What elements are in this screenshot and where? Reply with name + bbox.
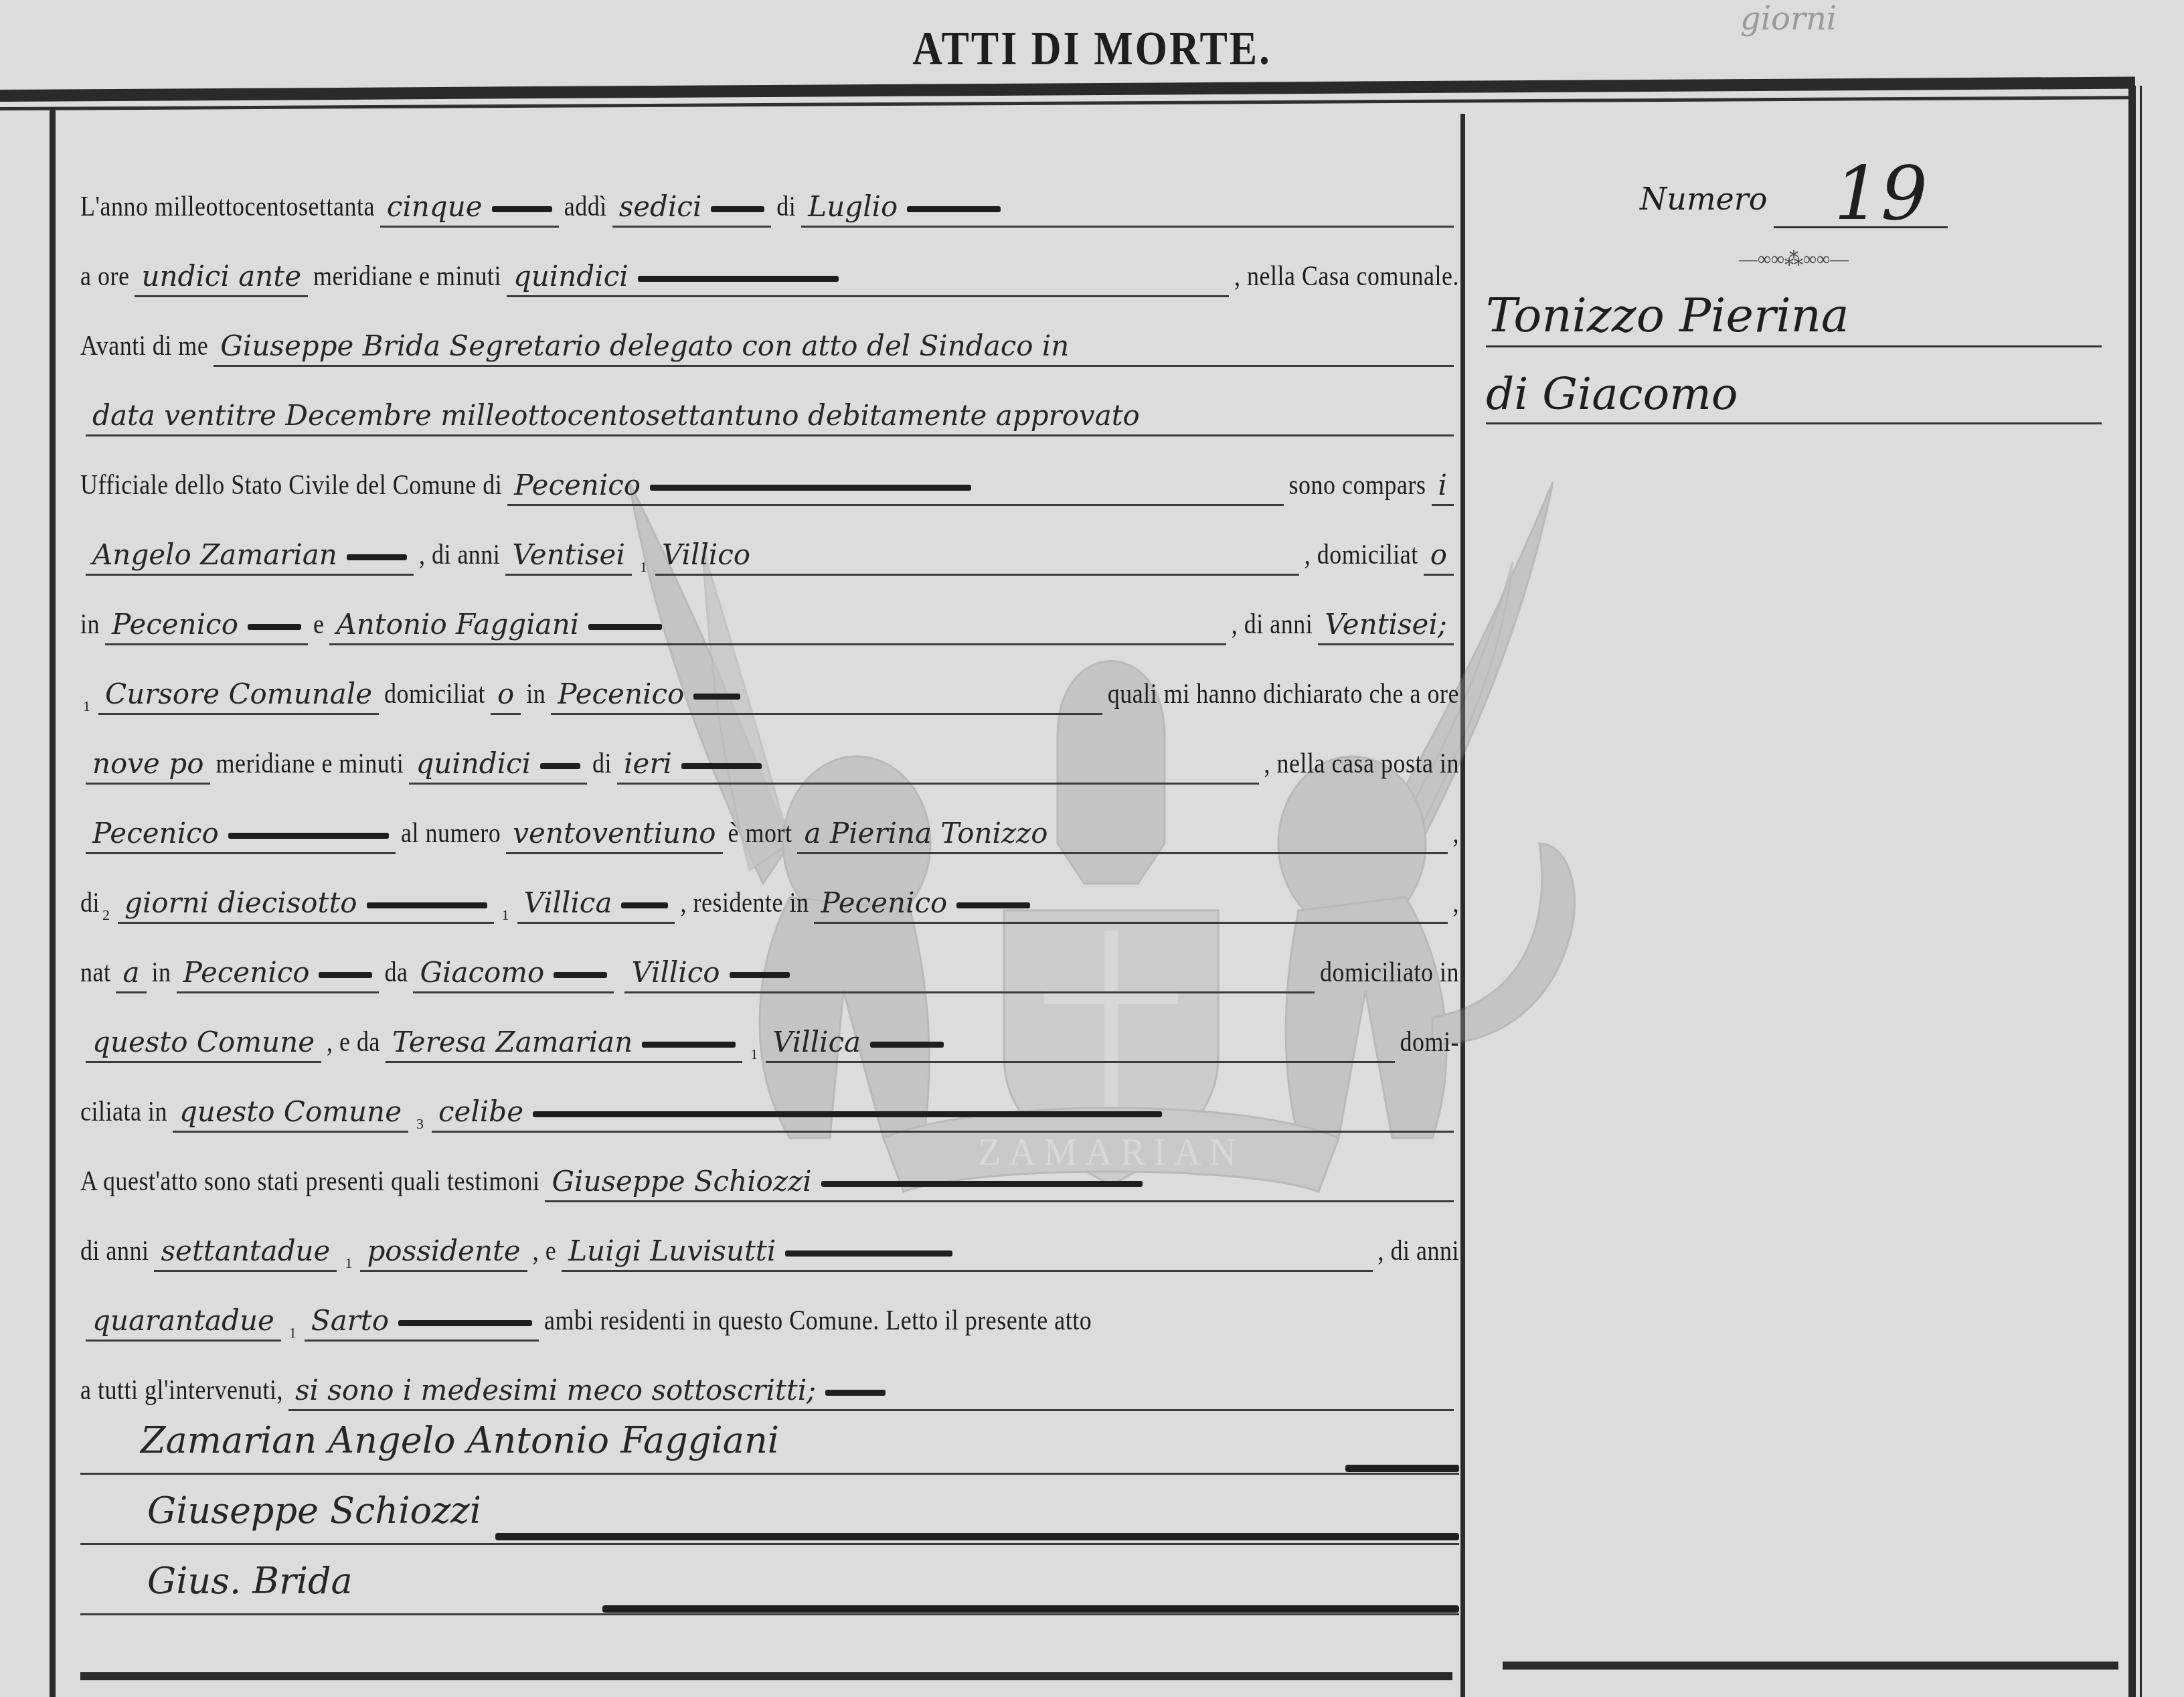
signature-line-3 <box>80 1613 1459 1615</box>
form-line: questo Comune, e daTeresa Zamarian1Villi… <box>80 996 1459 1063</box>
handwritten-entry: Teresa Zamarian <box>386 1026 742 1063</box>
printed-text: di <box>80 885 100 924</box>
printed-text: di <box>776 189 796 228</box>
handwritten-entry: quindici <box>507 260 1229 297</box>
handwritten-text: Pecenico <box>92 817 219 850</box>
handwritten-entry: i <box>1432 469 1454 506</box>
signature-schiozzi: Giuseppe Schiozzi <box>147 1489 481 1532</box>
printed-text: Ufficiale dello Stato Civile del Comune … <box>80 467 502 506</box>
handwritten-entry: undici ante <box>135 260 308 297</box>
form-line: L'anno milleottocentosettantacinqueaddìs… <box>80 161 1459 228</box>
handwritten-text: Villico <box>662 538 750 571</box>
footnote-marker: 2 <box>102 906 110 924</box>
ink-filler-dash <box>228 833 389 839</box>
ink-filler-dash <box>621 902 668 908</box>
ornament-divider-icon: —∞∞⁂∞∞— <box>1687 248 1901 270</box>
form-line: di annisettantadue1possidente, eLuigi Lu… <box>80 1205 1459 1272</box>
printed-text: , domiciliat <box>1305 537 1418 576</box>
handwritten-text: questo Comune <box>179 1095 402 1128</box>
ink-filler-dash <box>693 694 740 700</box>
ink-filler-dash <box>319 972 372 978</box>
handwritten-entry: si sono i medesimi meco sottoscritti; <box>288 1374 1454 1411</box>
handwritten-text: ieri <box>624 747 672 780</box>
handwritten-text: Antonio Faggiani <box>336 608 579 641</box>
footnote-marker: 1 <box>502 906 509 924</box>
handwritten-text: si sono i medesimi meco sottoscritti; <box>295 1374 816 1406</box>
ink-filler-dash <box>398 1320 532 1326</box>
handwritten-text: quindici <box>513 260 628 293</box>
handwritten-entry: quarantadue <box>86 1304 281 1342</box>
form-line: a oreundici antemeridiane e minutiquindi… <box>80 230 1459 297</box>
handwritten-entry: Villico <box>655 538 1299 576</box>
printed-text: è mort <box>728 815 792 854</box>
printed-text: e <box>313 607 324 645</box>
printed-text: meridiane e minuti <box>313 258 501 297</box>
printed-text: L'anno milleottocentosettanta <box>80 189 375 228</box>
handwritten-text: possidente <box>367 1234 520 1267</box>
footnote-marker: 1 <box>289 1324 297 1342</box>
handwritten-text: Giacomo <box>420 956 544 989</box>
form-line: Avanti di meGiuseppe Brida Segretario de… <box>80 300 1459 367</box>
printed-text: in <box>152 955 171 993</box>
printed-text: domi- <box>1400 1024 1460 1063</box>
form-line: nove pomeridiane e minutiquindicidiieri,… <box>80 718 1459 785</box>
handwritten-entry: o <box>491 677 521 715</box>
handwritten-text: i <box>1438 469 1447 501</box>
handwritten-text: Pecenico <box>112 608 238 641</box>
handwritten-text: sedici <box>619 190 702 223</box>
ink-filler-dash <box>825 1390 886 1396</box>
signature-line-1 <box>80 1473 1459 1475</box>
handwritten-entry: Pecenico <box>814 886 1447 924</box>
printed-text: , nella Casa comunale. <box>1234 258 1459 297</box>
printed-text: , nella casa posta in <box>1264 746 1459 785</box>
page-title: ATTI DI MORTE. <box>0 22 2184 77</box>
handwritten-entry: Pecenico <box>105 608 308 645</box>
form-line: 1Cursore ComunaledomiciliatoinPecenicoqu… <box>80 648 1459 715</box>
handwritten-text: celibe <box>438 1095 523 1128</box>
handwritten-entry: possidente <box>360 1234 527 1272</box>
handwritten-text: a Pierina Tonizzo <box>804 817 1047 850</box>
printed-text: sono compars <box>1289 467 1426 506</box>
form-line: a tutti gl'intervenuti,si sono i medesim… <box>80 1344 1459 1411</box>
margin-end-rule <box>1503 1662 2118 1670</box>
signature-line-2 <box>80 1543 1459 1545</box>
printed-text: ambi residenti in questo Comune. Letto i… <box>544 1303 1092 1342</box>
handwritten-text: Giuseppe Schiozzi <box>552 1165 811 1198</box>
right-border <box>2128 86 2136 1697</box>
handwritten-text: cinque <box>387 190 483 223</box>
footnote-marker: 1 <box>750 1046 758 1063</box>
form-line: quarantadue1Sartoambi residenti in quest… <box>80 1275 1459 1342</box>
ink-filler-dash <box>540 763 580 769</box>
printed-text: , <box>1453 885 1460 924</box>
printed-text: addì <box>564 189 607 228</box>
act-number: 19 <box>1834 151 1928 236</box>
ink-filler-dash <box>711 206 764 212</box>
ink-filler-dash <box>638 276 839 282</box>
form-line: di2giorni diecisotto1Villica, residente … <box>80 857 1459 924</box>
act-end-rule <box>80 1672 1452 1680</box>
deceased-name: Tonizzo Pierina <box>1486 288 2102 347</box>
handwritten-entry: a Pierina Tonizzo <box>797 817 1447 854</box>
ink-filler-dash <box>347 554 407 560</box>
handwritten-entry: o <box>1424 538 1454 576</box>
handwritten-entry: quindici <box>409 747 587 785</box>
handwritten-entry: Giuseppe Brida Segretario delegato con a… <box>214 329 1454 367</box>
printed-text: , di anni <box>419 537 500 576</box>
handwritten-entry: Sarto <box>305 1304 539 1342</box>
printed-text: Avanti di me <box>80 328 208 367</box>
printed-text: nat <box>80 955 110 993</box>
handwritten-entry: Luglio <box>801 190 1454 228</box>
printed-text: ciliata in <box>80 1094 167 1133</box>
printed-text: di <box>592 746 612 785</box>
handwritten-entry: Cursore Comunale <box>98 677 379 715</box>
column-divider <box>1460 114 1465 1697</box>
handwritten-text: Teresa Zamarian <box>392 1026 633 1058</box>
handwritten-text: Villico <box>631 956 720 989</box>
form-line: natainPecenicodaGiacomoVillicodomiciliat… <box>80 926 1459 993</box>
ink-filler-dash <box>650 485 971 491</box>
printed-text: di anni <box>80 1233 149 1272</box>
form-line: Pecenicoal numeroventoventiunoè morta Pi… <box>80 787 1459 854</box>
handwritten-text: Ventisei <box>512 538 625 571</box>
handwritten-entry: Pecenico <box>551 677 1102 715</box>
ink-filler-dash <box>907 206 1001 212</box>
handwritten-text: Ventisei; <box>1325 608 1447 641</box>
ink-filler-dash <box>956 902 1030 908</box>
handwritten-entry: sedici <box>612 190 772 228</box>
handwritten-text: Angelo Zamarian <box>92 538 337 571</box>
handwritten-text: Pecenico <box>183 956 310 989</box>
form-line: inPecenicoeAntonio Faggiani, di anniVent… <box>80 578 1459 645</box>
handwritten-text: Pecenico <box>558 677 684 710</box>
printed-text: in <box>526 676 545 715</box>
printed-text: , <box>1453 815 1460 854</box>
handwritten-text: quindici <box>416 747 531 780</box>
handwritten-text: Villica <box>524 886 612 919</box>
handwritten-text: Cursore Comunale <box>105 677 372 710</box>
handwritten-entry: celibe <box>432 1095 1454 1133</box>
signature-officer: Gius. Brida <box>147 1560 353 1602</box>
deceased-parent: di Giacomo <box>1486 368 2102 424</box>
ink-filler-dash <box>642 1042 736 1048</box>
signature-filler-3 <box>602 1605 1459 1613</box>
ink-filler-dash <box>785 1250 952 1257</box>
handwritten-text: Pecenico <box>514 469 641 501</box>
handwritten-entry: giorni diecisotto <box>118 886 494 924</box>
handwritten-entry: Ventisei; <box>1318 608 1454 645</box>
handwritten-text: quarantadue <box>92 1304 274 1337</box>
ink-filler-dash <box>870 1042 944 1048</box>
form-line: data ventitre Decembre milleottocentoset… <box>80 370 1459 436</box>
handwritten-entry: settantadue <box>154 1234 337 1272</box>
printed-text: , e da <box>327 1024 380 1063</box>
printed-text: , di anni <box>1232 607 1313 645</box>
handwritten-entry: cinque <box>380 190 559 228</box>
handwritten-text: settantadue <box>161 1234 330 1267</box>
printed-text: domiciliato in <box>1320 955 1459 993</box>
handwritten-entry: Angelo Zamarian <box>86 538 414 576</box>
signature-filler-1 <box>1345 1465 1459 1472</box>
printed-text: , e <box>533 1233 556 1272</box>
ink-filler-dash <box>681 763 762 769</box>
handwritten-text: Sarto <box>311 1304 389 1337</box>
printed-text: a ore <box>80 258 129 297</box>
printed-text: da <box>384 955 408 993</box>
handwritten-text: Pecenico <box>821 886 947 919</box>
footnote-marker: 1 <box>83 698 90 715</box>
handwritten-entry: questo Comune <box>86 1026 321 1063</box>
form-line: ciliata inquesto Comune3celibe <box>80 1066 1459 1133</box>
printed-text: A quest'atto sono stati presenti quali t… <box>80 1163 539 1202</box>
ink-filler-dash <box>248 624 301 630</box>
footnote-marker: 1 <box>640 558 647 576</box>
handwritten-text: Luigi Luvisutti <box>568 1234 776 1267</box>
handwritten-entry: ventoventiuno <box>506 817 722 854</box>
handwritten-text: Villica <box>772 1026 861 1058</box>
handwritten-entry: nove po <box>86 747 210 785</box>
handwritten-entry: Pecenico <box>507 469 1283 506</box>
handwritten-entry: Pecenico <box>177 956 380 993</box>
handwritten-text: ventoventiuno <box>513 817 716 850</box>
handwritten-entry: Luigi Luvisutti <box>562 1234 1372 1272</box>
handwritten-text: undici ante <box>141 260 301 293</box>
printed-text: , residente in <box>680 885 809 924</box>
handwritten-text: nove po <box>92 747 203 780</box>
right-border-inner <box>2140 86 2142 1697</box>
ink-filler-dash <box>533 1111 1162 1117</box>
ink-filler-dash <box>554 972 607 978</box>
handwritten-text: Luglio <box>808 190 898 223</box>
form-line: A quest'atto sono stati presenti quali t… <box>80 1135 1459 1202</box>
printed-text: in <box>80 607 100 645</box>
printed-text: al numero <box>401 815 501 854</box>
printed-text: a tutti gl'intervenuti, <box>80 1372 283 1411</box>
handwritten-text: a <box>122 956 139 989</box>
ink-filler-dash <box>367 902 487 908</box>
footnote-marker: 3 <box>416 1115 424 1133</box>
handwritten-entry: Antonio Faggiani <box>329 608 1226 645</box>
handwritten-entry: ieri <box>617 747 1259 785</box>
printed-text: , di anni <box>1378 1233 1459 1272</box>
handwritten-entry: Villica <box>517 886 675 924</box>
ink-filler-dash <box>730 972 790 978</box>
ink-filler-dash <box>492 206 552 212</box>
handwritten-text: questo Comune <box>92 1026 315 1058</box>
handwritten-entry: Villico <box>624 956 1315 993</box>
ink-filler-dash <box>821 1181 1143 1187</box>
signature-filler-2 <box>495 1533 1459 1540</box>
handwritten-entry: Ventisei <box>505 538 632 576</box>
form-line: Ufficiale dello Stato Civile del Comune … <box>80 439 1459 506</box>
numero-label: Numero <box>1640 181 1767 217</box>
handwritten-text: data ventitre Decembre milleottocentoset… <box>92 399 1140 432</box>
handwritten-entry: data ventitre Decembre milleottocentoset… <box>86 399 1454 436</box>
handwritten-text: o <box>1430 538 1447 571</box>
handwritten-entry: a <box>116 956 146 993</box>
handwritten-text: Giuseppe Brida Segretario delegato con a… <box>220 329 1069 362</box>
handwritten-text: giorni diecisotto <box>124 886 357 919</box>
form-line: Angelo Zamarian, di anniVentisei1Villico… <box>80 509 1459 576</box>
handwritten-entry: Villica <box>766 1026 1394 1063</box>
printed-text: domiciliat <box>384 676 485 715</box>
printed-text: quali mi hanno dichiarato che a ore <box>1108 676 1459 715</box>
handwritten-text: o <box>497 677 514 710</box>
left-border <box>50 107 56 1697</box>
ink-filler-dash <box>588 624 662 630</box>
handwritten-entry: Giacomo <box>413 956 614 993</box>
handwritten-entry: Pecenico <box>86 817 396 854</box>
handwritten-entry: questo Comune <box>173 1095 408 1133</box>
footnote-marker: 1 <box>345 1255 352 1272</box>
handwritten-entry: Giuseppe Schiozzi <box>545 1165 1454 1202</box>
printed-text: meridiane e minuti <box>216 746 404 785</box>
signature-witnesses: Zamarian Angelo Antonio Faggiani <box>141 1419 779 1461</box>
